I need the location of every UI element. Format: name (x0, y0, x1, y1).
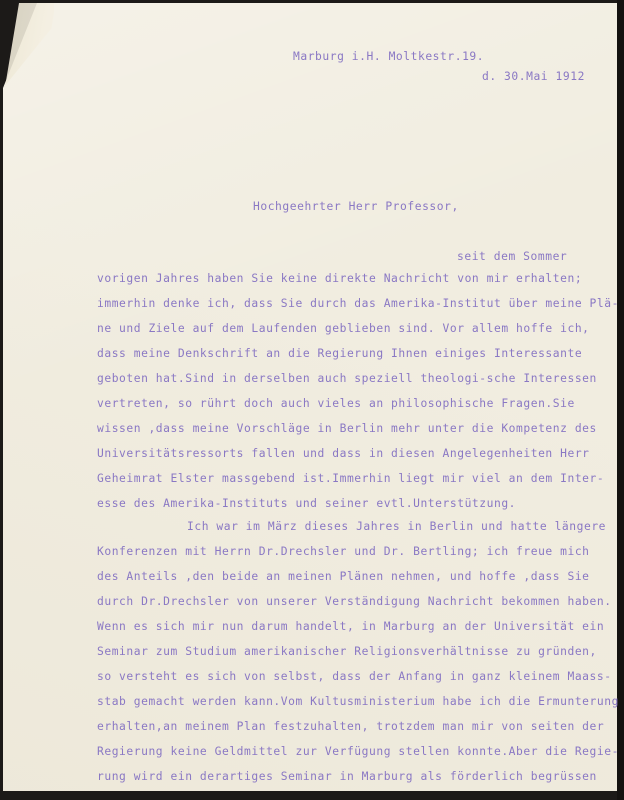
sender-address: Marburg i.H. Moltkestr.19. (293, 50, 484, 64)
body-line: vertreten, so rührt doch auch vieles an … (97, 397, 575, 411)
body-line: Ich war im März dieses Jahres in Berlin … (187, 520, 606, 534)
body-line: des Anteils ,den beide an meinen Plänen … (97, 570, 590, 584)
letter-date: d. 30.Mai 1912 (482, 70, 585, 84)
body-line: erhalten,an meinem Plan festzuhalten, tr… (97, 720, 604, 734)
body-line: dass meine Denkschrift an die Regierung … (97, 347, 582, 361)
body-line: wissen ,dass meine Vorschläge in Berlin … (97, 422, 597, 436)
body-line: Geheimrat Elster massgebend ist.Immerhin… (97, 472, 604, 486)
body-line: esse des Amerika-Instituts und seiner ev… (97, 497, 516, 511)
body-line: Universitätsressorts fallen und dass in … (97, 447, 590, 461)
body-line: seit dem Sommer (457, 250, 567, 264)
body-line: Konferenzen mit Herrn Dr.Drechsler und D… (97, 545, 590, 559)
scan-border (617, 0, 624, 800)
body-line: durch Dr.Drechsler von unserer Verständi… (97, 595, 612, 609)
body-line: immerhin denke ich, dass Sie durch das A… (97, 297, 619, 311)
body-line: Seminar zum Studium amerikanischer Relig… (97, 645, 597, 659)
body-line: Wenn es sich mir nun darum handelt, in M… (97, 620, 604, 634)
body-line: vorigen Jahres haben Sie keine direkte N… (97, 272, 582, 286)
body-line: rung wird ein derartiges Seminar in Marb… (97, 770, 597, 784)
body-line: stab gemacht werden kann.Vom Kultusminis… (97, 695, 619, 709)
body-line: ne und Ziele auf dem Laufenden geblieben… (97, 322, 590, 336)
body-line: Regierung keine Geldmittel zur Verfügung… (97, 745, 619, 759)
salutation: Hochgeehrter Herr Professor, (253, 200, 459, 214)
body-line: so versteht es sich von selbst, dass der… (97, 670, 612, 684)
body-line: geboten hat.Sind in derselben auch spezi… (97, 372, 597, 386)
